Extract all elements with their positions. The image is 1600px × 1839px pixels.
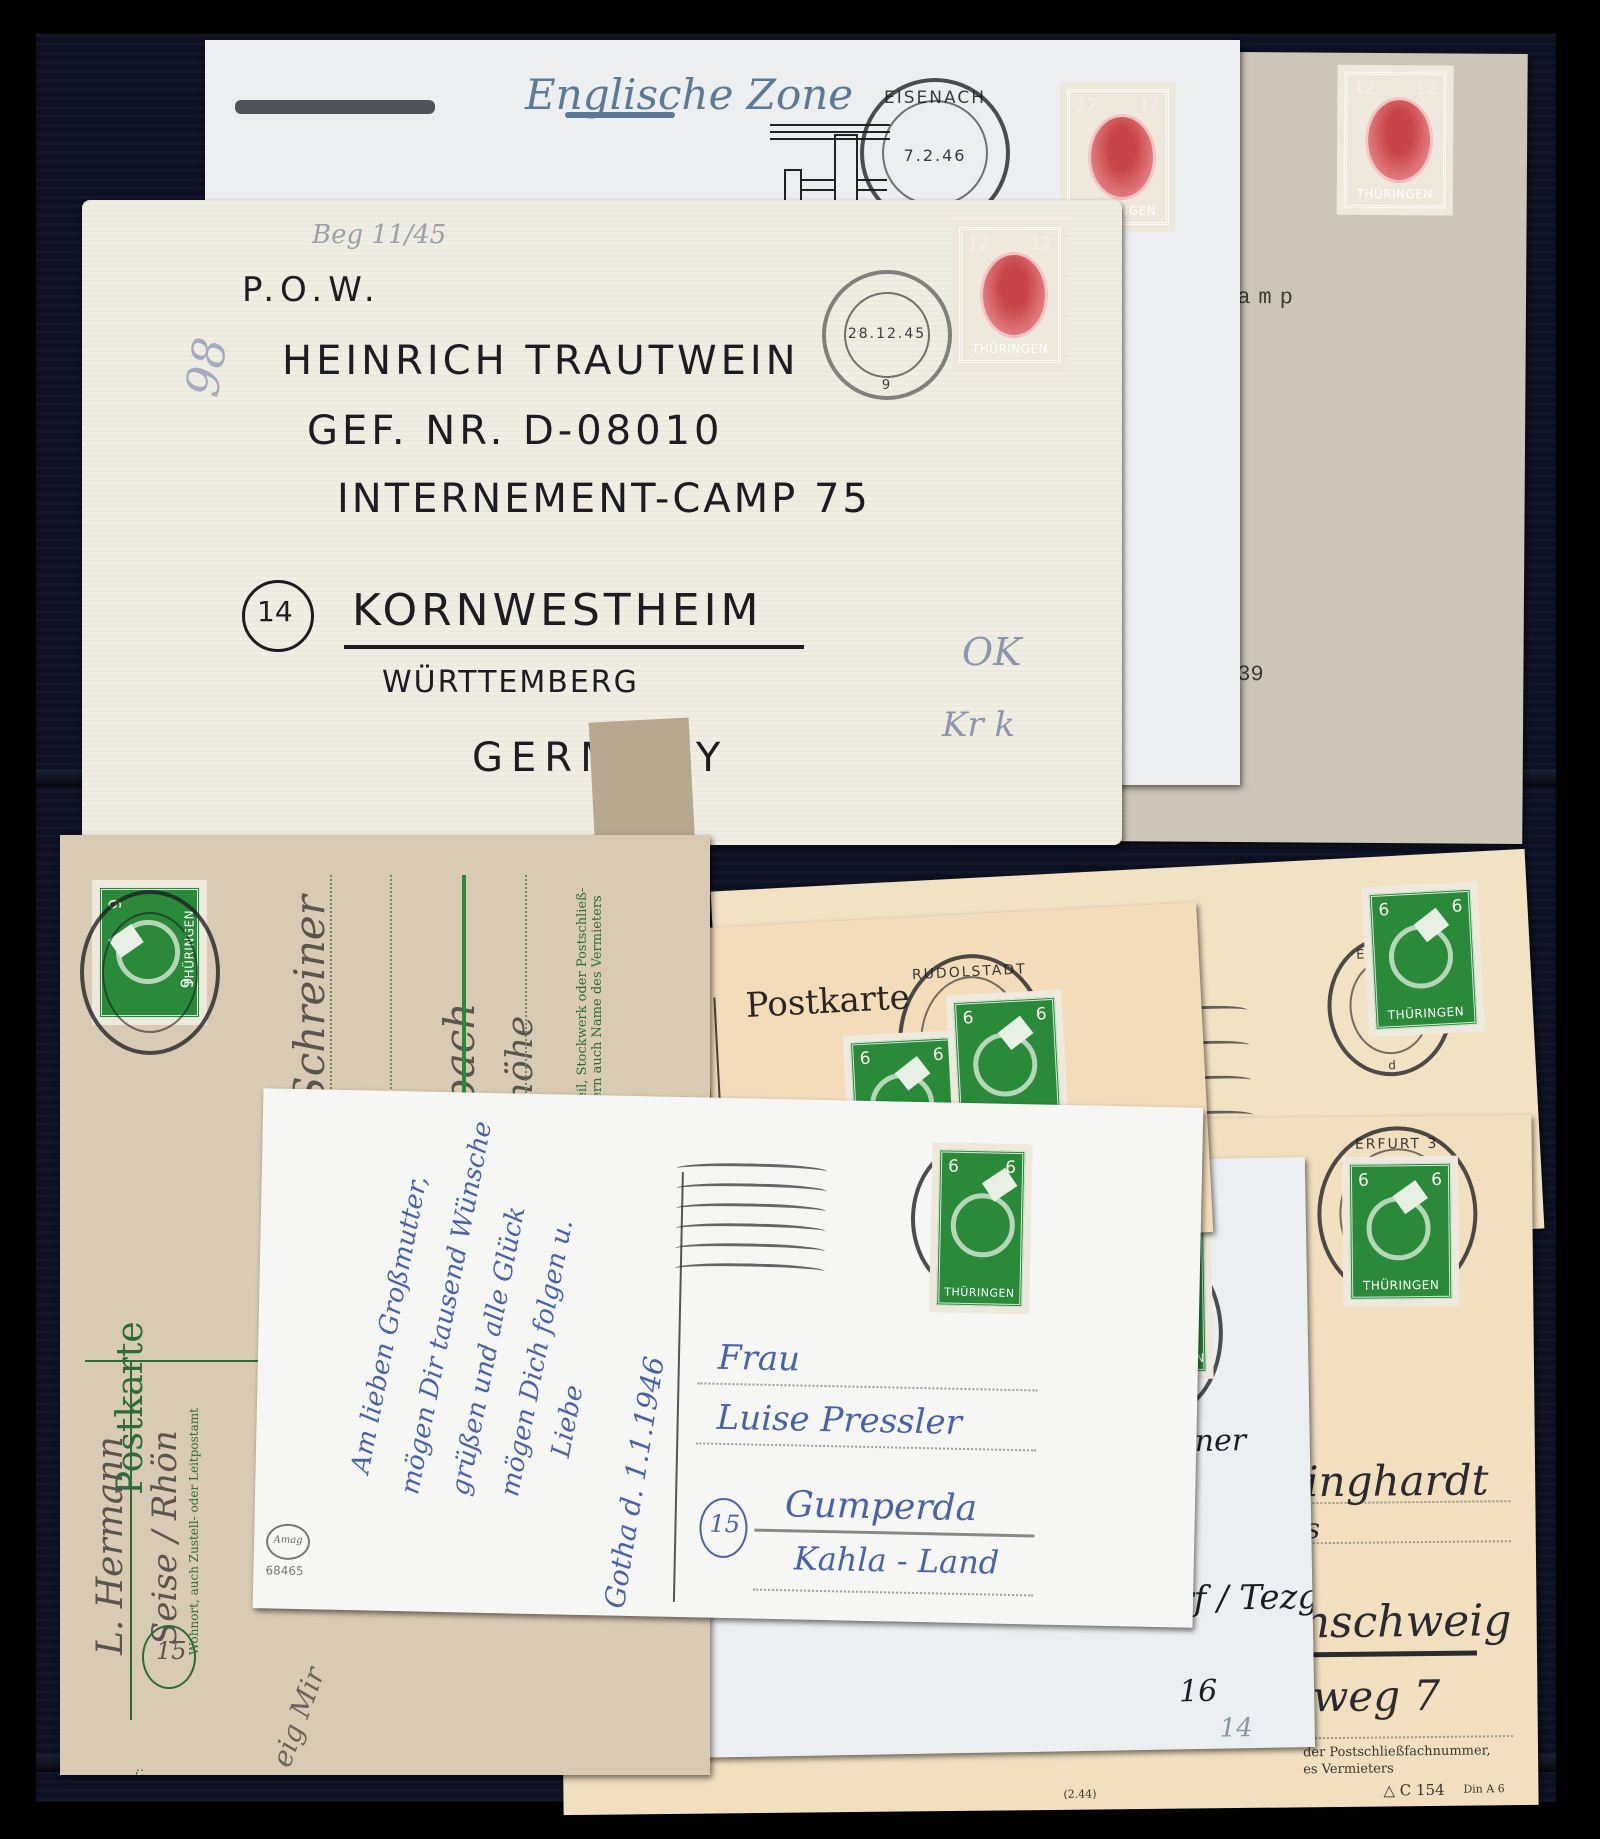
address-line: HEINRICH TRAUTWEIN [282,338,800,384]
sender-name: L. Hermann [90,1436,131,1655]
address-line: inghardt [1305,1455,1489,1506]
portrait-icon [1365,97,1434,183]
zone-circle: 15 [699,1497,748,1558]
address-line: rf / Tezgel. [1177,1576,1315,1619]
address-line: P.O.W. [242,270,381,310]
portrait-icon [1088,114,1156,200]
pencil-note: OK [962,630,1022,674]
hinge-tape [589,717,696,845]
date-line: Gotha d. 1.1.1946 [598,1354,671,1611]
district: Kahla - Land [793,1539,999,1581]
stamp-red-12: 1212 THÜRINGEN [1337,65,1454,216]
stamp-green-6: 66 THÜRINGEN [929,1142,1033,1314]
address-line: GEF. NR. D-08010 [307,408,723,454]
postmark: 28.12.45 9 [822,270,952,400]
cancel-bar [235,100,435,114]
postkarte-title: Postkarte [745,977,911,1026]
stamp-red-12: 1212 THÜRINGEN [952,220,1068,370]
place-caption: Wohnort, auch Zustell- oder Leitpostamt [187,1408,201,1655]
posthorn-icon [950,1193,1015,1258]
card-number: 68465 [265,1563,303,1578]
pencil-note: Beg 11/45 [312,220,446,250]
print-caption: es Vermieters [1303,1761,1394,1777]
print-code: △ C 154 [1383,1781,1444,1800]
message-line: Liebe [546,1383,590,1460]
address-line: 16 [1179,1674,1218,1710]
postmark [80,890,220,1055]
pow-cover: Beg 11/45 98 P.O.W. HEINRICH TRAUTWEIN G… [82,200,1122,845]
address-line: INTERNEMENT-CAMP 75 [337,476,871,522]
sender-label: Absender: [132,1768,147,1775]
print-format: Din A 6 [1463,1782,1504,1795]
city: KORNWESTHEIM [352,585,763,636]
pencil-note: 98 [175,333,238,400]
publisher-logo-amag: Amag [266,1523,311,1560]
address-line: bach [435,1003,484,1106]
pencil-mark: 14 [1219,1713,1253,1744]
postcard-front: ERFURT 66 THÜRINGEN Am lieben Großmutter… [253,1088,1204,1628]
region: WÜRTTEMBERG [382,665,639,700]
print-caption: teil, Stockwerk oder Postschließ- [575,888,590,1105]
address-line: Schreiner [285,895,334,1105]
zone-circle: 15 [142,1625,196,1689]
recipient-name: Luise Pressler [716,1398,962,1443]
zone-circle: 14 [242,580,314,652]
address-line: ner [1194,1423,1246,1459]
scrawl: eig Mir [265,1663,331,1771]
recipient-title: Frau [718,1338,801,1380]
portrait-icon [980,252,1048,338]
stamp-green-6: 66 THÜRINGEN [1361,881,1485,1037]
address-line: weg 7 [1312,1671,1440,1721]
print-caption: der Postschließfachnummer, [1303,1743,1491,1760]
stamp-green-6: 66 THÜRINGEN [1342,1156,1460,1307]
address-line: nschweig [1301,1595,1511,1648]
city: Gumperda [785,1484,978,1529]
print-caption: tern auch Name des Vermieters [590,895,605,1105]
address-line: höhe [500,1016,541,1105]
print-date: (2.44) [1063,1788,1096,1801]
sender-place: Seise / Rhön [145,1430,185,1645]
pencil-note: Kr k [942,705,1015,745]
